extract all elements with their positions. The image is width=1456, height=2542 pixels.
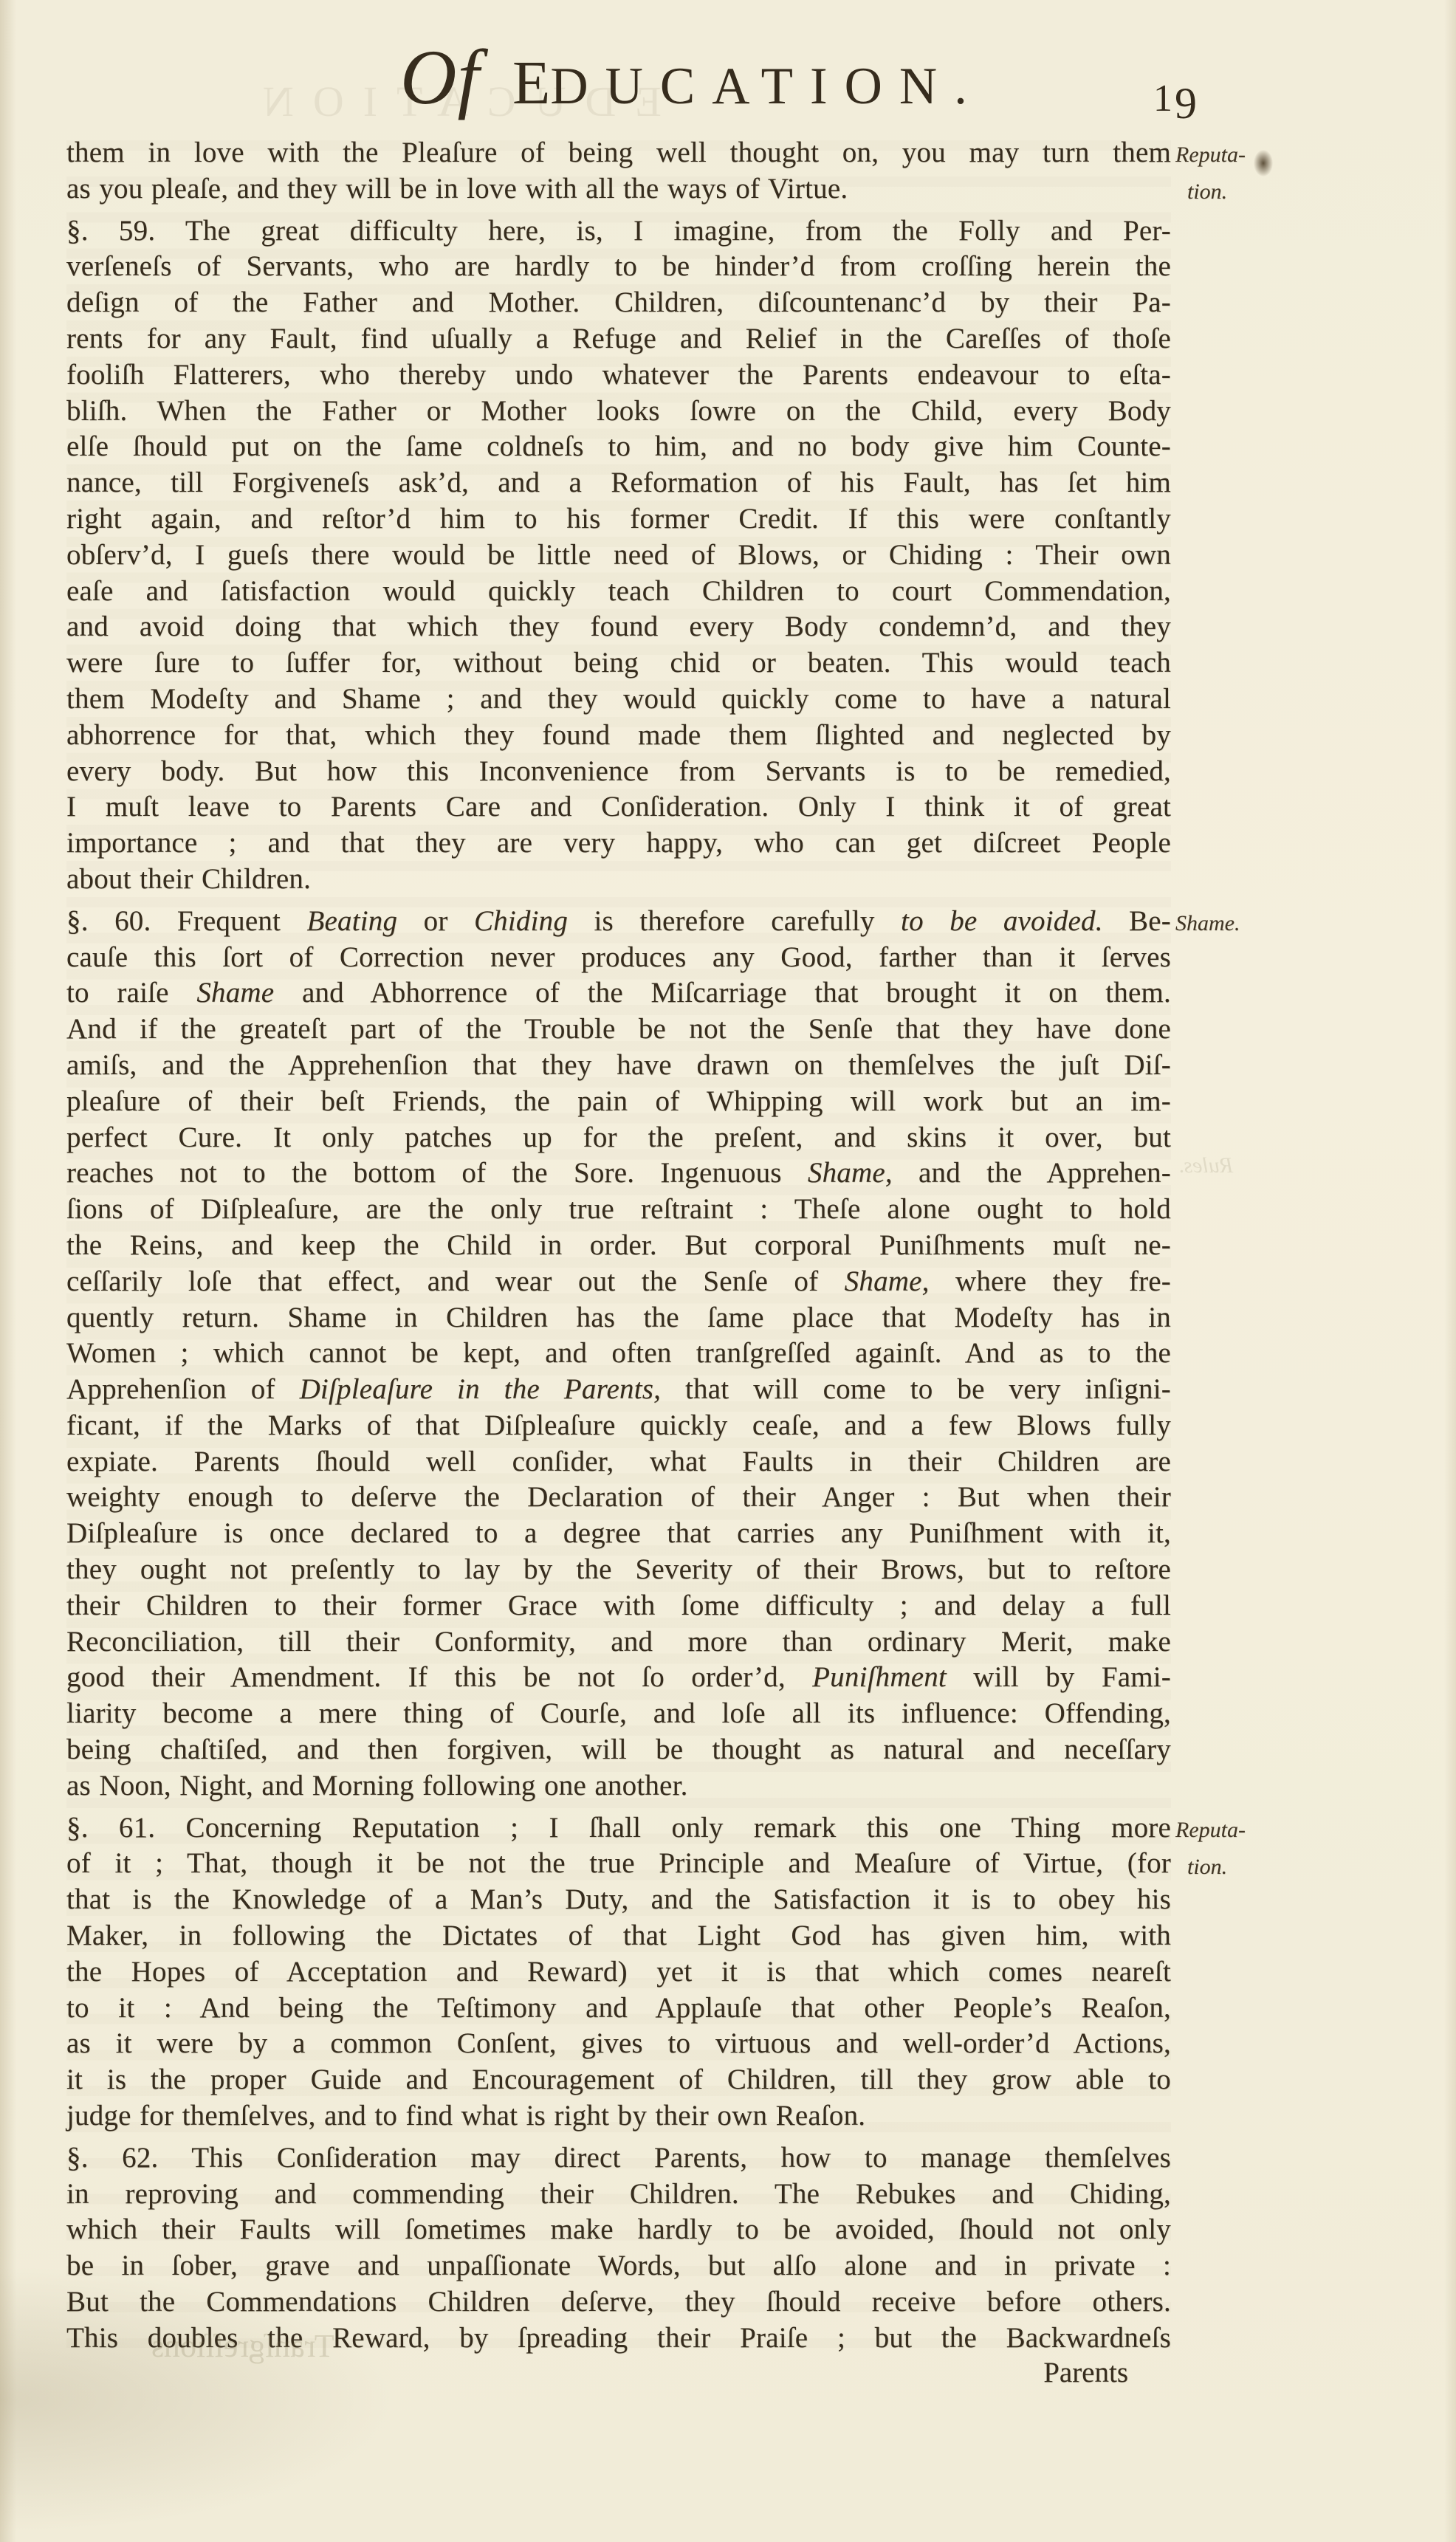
text-line: obſerv’d, I gueſs there would be little … <box>66 537 1171 574</box>
text-line: §. 59. The great difficulty here, is, I … <box>66 213 1171 250</box>
text-segment: ſions of Diſpleaſure, are the only true … <box>66 1193 1171 1225</box>
bleedthrough-margin-note: Rules. <box>1178 1153 1233 1178</box>
text-segment: eaſe and ſatisfaction would quickly teac… <box>66 575 1171 607</box>
text-line: This doubles the Reward, by ſpreading th… <box>66 2321 1171 2357</box>
text-line: were ſure to ſuffer for, without being c… <box>66 645 1171 681</box>
paragraph-section: §. 60. Frequent Beating or Chiding is th… <box>66 904 1171 1804</box>
text-segment: them Modeſty and Shame ; and they would … <box>66 683 1171 715</box>
text-line: which their Faults will ſometimes make h… <box>66 2212 1171 2248</box>
text-line: pleaſure of their beſt Friends, the pain… <box>66 1084 1171 1120</box>
text-segment: perfect Cure. It only patches up for the… <box>66 1121 1171 1153</box>
text-segment: Diſpleaſure is once declared to a degree… <box>66 1517 1171 1549</box>
margin-note-line: tion. <box>1175 174 1338 210</box>
text-line: abhorrence for that, which they found ma… <box>66 718 1171 754</box>
text-line: amiſs, and the Apprehenſion that they ha… <box>66 1048 1171 1084</box>
text-line: But the Commendations Children deſerve, … <box>66 2284 1171 2321</box>
text-line: as Noon, Night, and Morning following on… <box>66 1768 1171 1804</box>
text-segment: their Children to their former Grace wit… <box>66 1590 1171 1621</box>
text-line: to it : And being the Teſtimony and Appl… <box>66 1990 1171 2027</box>
text-segment: about their Children. <box>66 863 311 895</box>
text-line: quently return. Shame in Children has th… <box>66 1300 1171 1336</box>
text-line: rents for any Fault, find uſually a Refu… <box>66 321 1171 357</box>
text-line: perfect Cure. It only patches up for the… <box>66 1120 1171 1156</box>
text-line: reaches not to the bottom of the Sore. I… <box>66 1155 1171 1192</box>
text-line: ſions of Diſpleaſure, are the only true … <box>66 1192 1171 1228</box>
ink-blot <box>1254 150 1273 176</box>
text-line: about their Children. <box>66 862 1171 898</box>
text-line: and avoid doing that which they found ev… <box>66 609 1171 645</box>
italic-text: Beating <box>307 905 398 937</box>
italic-text: to be avoided. <box>901 905 1103 937</box>
text-line: being chaſtiſed, and then forgiven, will… <box>66 1732 1171 1768</box>
paragraph-section: §. 61. Concerning Reputation ; I ſhall o… <box>66 1810 1171 2134</box>
text-line: that is the Knowledge of a Man’s Duty, a… <box>66 1882 1171 1918</box>
text-segment: or <box>397 905 474 937</box>
text-segment: the Reins, and keep the Child in order. … <box>66 1229 1171 1261</box>
page-number-digit: 9 <box>1175 79 1197 128</box>
text-segment: fooliſh Flatterers, who thereby undo wha… <box>66 359 1171 391</box>
catchword: Parents <box>66 2355 1171 2391</box>
text-segment: and Abhorrence of the Miſcarriage that b… <box>274 977 1171 1009</box>
text-line: Women ; which cannot be kept, and often … <box>66 1336 1171 1372</box>
text-line: them Modeſty and Shame ; and they would … <box>66 681 1171 718</box>
text-line: importance ; and that they are very happ… <box>66 825 1171 862</box>
page-title-rest: DUCATION. <box>550 58 984 115</box>
text-segment: where they fre- <box>930 1265 1171 1297</box>
italic-text: Shame, <box>808 1157 893 1189</box>
text-segment: expiate. Parents ſhould well conſider, w… <box>66 1446 1171 1477</box>
text-line: ficant, if the Marks of that Diſpleaſure… <box>66 1408 1171 1444</box>
text-line: the Hopes of Acceptation and Reward) yet… <box>66 1954 1171 1990</box>
text-column: them in love with the Pleaſure of being … <box>66 135 1171 2357</box>
text-segment: is therefore carefully <box>568 905 901 937</box>
italic-text: Shame, <box>845 1265 930 1297</box>
text-segment: which their Faults will ſometimes make h… <box>66 2213 1171 2245</box>
text-line: verſeneſs of Servants, who are hardly to… <box>66 249 1171 285</box>
page-title: EDUCATION. <box>512 94 984 106</box>
text-segment: were ſure to ſuffer for, without being c… <box>66 647 1171 679</box>
text-segment: that is the Knowledge of a Man’s Duty, a… <box>66 1883 1171 1915</box>
text-segment: the Hopes of Acceptation and Reward) yet… <box>66 1956 1171 1988</box>
text-segment: they ought not preſently to lay by the S… <box>66 1553 1171 1585</box>
page-number: 19 <box>1153 71 1195 122</box>
text-segment: Be- <box>1103 905 1171 937</box>
text-segment: right again, and reſtor’d him to his for… <box>66 503 1171 535</box>
text-segment: ceſſarily loſe that effect, and wear out… <box>66 1265 845 1297</box>
text-segment: Reconciliation, till their Conformity, a… <box>66 1626 1171 1658</box>
text-line: cauſe this ſort of Correction never prod… <box>66 940 1171 976</box>
text-segment: obſerv’d, I gueſs there would be little … <box>66 539 1171 571</box>
text-line: in reproving and commending their Childr… <box>66 2177 1171 2213</box>
text-segment: deſign of the Father and Mother. Childre… <box>66 286 1171 318</box>
text-line: fooliſh Flatterers, who thereby undo wha… <box>66 357 1171 394</box>
text-segment: good their Amendment. If this be not ſo … <box>66 1661 812 1693</box>
margin-note: Reputa-tion. <box>1175 1812 1338 1886</box>
text-segment: §. 60. Frequent <box>66 905 307 937</box>
text-line: Diſpleaſure is once declared to a degree… <box>66 1516 1171 1552</box>
text-segment: weighty enough to deſerve the Declaratio… <box>66 1481 1171 1513</box>
text-line: they ought not preſently to lay by the S… <box>66 1552 1171 1588</box>
text-line: to raiſe Shame and Abhorrence of the Miſ… <box>66 975 1171 1011</box>
text-line: Maker, in following the Dictates of that… <box>66 1918 1171 1954</box>
text-line: the Reins, and keep the Child in order. … <box>66 1228 1171 1264</box>
text-line: right again, and reſtor’d him to his for… <box>66 501 1171 537</box>
text-segment: Women ; which cannot be kept, and often … <box>66 1337 1171 1369</box>
text-segment: Maker, in following the Dictates of that… <box>66 1920 1171 1951</box>
text-line: Reconciliation, till their Conformity, a… <box>66 1624 1171 1660</box>
text-line: bliſh. When the Father or Mother looks ſ… <box>66 394 1171 430</box>
text-segment: being chaſtiſed, and then forgiven, will… <box>66 1734 1171 1765</box>
running-header: OfEDUCATION. <box>400 38 984 117</box>
text-segment: as you pleaſe, and they will be in love … <box>66 173 848 205</box>
text-segment: §. 59. The great difficulty here, is, I … <box>66 215 1171 247</box>
page-title-initial: E <box>512 49 550 117</box>
margin-note-line: tion. <box>1175 1849 1338 1886</box>
text-segment: quently return. Shame in Children has th… <box>66 1302 1171 1333</box>
text-line: their Children to their former Grace wit… <box>66 1588 1171 1624</box>
text-segment: of it ; That, though it be not the true … <box>66 1847 1171 1879</box>
text-line: every body. But how this Inconvenience f… <box>66 754 1171 790</box>
text-line: weighty enough to deſerve the Declaratio… <box>66 1480 1171 1516</box>
paragraph: them in love with the Pleaſure of being … <box>66 135 1171 207</box>
text-segment: as it were by a common Conſent, gives to… <box>66 2027 1171 2059</box>
text-line: as you pleaſe, and they will be in love … <box>66 171 1171 207</box>
text-line: elſe ſhould put on the ſame coldneſs to … <box>66 429 1171 465</box>
text-segment: This doubles the Reward, by ſpreading th… <box>66 2322 1171 2354</box>
text-segment: amiſs, and the Apprehenſion that they ha… <box>66 1049 1171 1081</box>
paragraph-section: §. 62. This Conſideration may direct Par… <box>66 2140 1171 2357</box>
text-segment: importance ; and that they are very happ… <box>66 827 1171 859</box>
text-segment: nance, till Forgiveneſs ask’d, and a Ref… <box>66 467 1171 498</box>
page-number-digit: 1 <box>1153 78 1172 120</box>
margin-note: Shame. <box>1175 905 1338 942</box>
book-page: EDUCATION OfEDUCATION. 19 them in love w… <box>0 0 1456 2542</box>
text-line: of it ; That, though it be not the true … <box>66 1846 1171 1882</box>
text-segment: ficant, if the Marks of that Diſpleaſure… <box>66 1409 1171 1441</box>
text-segment: to it : And being the Teſtimony and Appl… <box>66 1992 1171 2024</box>
text-segment: bliſh. When the Father or Mother looks ſ… <box>66 395 1171 427</box>
text-segment: will by Fami- <box>947 1661 1171 1693</box>
italic-text: Shame <box>196 977 274 1009</box>
text-segment: cauſe this ſort of Correction never prod… <box>66 941 1171 973</box>
text-line: expiate. Parents ſhould well conſider, w… <box>66 1444 1171 1480</box>
text-segment: And if the greateſt part of the Trouble … <box>66 1013 1171 1045</box>
text-segment: as Noon, Night, and Morning following on… <box>66 1770 688 1801</box>
text-segment: But the Commendations Children deſerve, … <box>66 2286 1171 2318</box>
text-line: be in ſober, grave and unpaſſionate Word… <box>66 2248 1171 2284</box>
text-segment: it is the proper Guide and Encouragement… <box>66 2064 1171 2095</box>
text-segment: Apprehenſion of <box>66 1373 300 1405</box>
text-segment: verſeneſs of Servants, who are hardly to… <box>66 250 1171 282</box>
italic-text: Diſpleaſure in the Parents, <box>300 1373 662 1405</box>
text-segment: §. 61. Concerning Reputation ; I ſhall o… <box>66 1812 1171 1844</box>
text-segment: and the Apprehen- <box>893 1157 1171 1189</box>
italic-text: Puniſhment <box>812 1661 947 1693</box>
text-line: good their Amendment. If this be not ſo … <box>66 1660 1171 1696</box>
paragraph-section: §. 59. The great difficulty here, is, I … <box>66 213 1171 898</box>
italic-text: Chiding <box>474 905 568 937</box>
text-line: it is the proper Guide and Encouragement… <box>66 2062 1171 2098</box>
text-segment: rents for any Fault, find uſually a Refu… <box>66 323 1171 354</box>
text-line: And if the greateſt part of the Trouble … <box>66 1011 1171 1048</box>
text-line: judge for themſelves, and to find what i… <box>66 2098 1171 2134</box>
margin-note-line: Shame. <box>1175 905 1338 942</box>
text-segment: §. 62. This Conſideration may direct Par… <box>66 2142 1171 2174</box>
text-line: §. 61. Concerning Reputation ; I ſhall o… <box>66 1810 1171 1847</box>
text-line: deſign of the Father and Mother. Childre… <box>66 285 1171 321</box>
text-segment: in reproving and commending their Childr… <box>66 2178 1171 2210</box>
margin-note-line: Reputa- <box>1175 1812 1338 1849</box>
text-segment: pleaſure of their beſt Friends, the pain… <box>66 1085 1171 1117</box>
text-line: nance, till Forgiveneſs ask’d, and a Ref… <box>66 465 1171 501</box>
text-line: I muſt leave to Parents Care and Conſide… <box>66 789 1171 825</box>
text-line: ceſſarily loſe that effect, and wear out… <box>66 1264 1171 1300</box>
text-line: liarity become a mere thing of Courſe, a… <box>66 1696 1171 1732</box>
text-line: §. 60. Frequent Beating or Chiding is th… <box>66 904 1171 940</box>
text-segment: judge for themſelves, and to find what i… <box>66 2100 865 2131</box>
text-segment: and avoid doing that which they found ev… <box>66 611 1171 642</box>
text-segment: every body. But how this Inconvenience f… <box>66 755 1171 787</box>
text-segment: reaches not to the bottom of the Sore. I… <box>66 1157 808 1189</box>
text-segment: abhorrence for that, which they found ma… <box>66 719 1171 751</box>
header-of: Of <box>400 34 480 120</box>
text-line: eaſe and ſatisfaction would quickly teac… <box>66 574 1171 610</box>
text-segment: to raiſe <box>66 977 196 1009</box>
text-segment: them in love with the Pleaſure of being … <box>66 137 1171 168</box>
text-line: as it were by a common Conſent, gives to… <box>66 2026 1171 2062</box>
text-line: them in love with the Pleaſure of being … <box>66 135 1171 171</box>
text-segment: I muſt leave to Parents Care and Conſide… <box>66 791 1171 822</box>
text-line: §. 62. This Conſideration may direct Par… <box>66 2140 1171 2177</box>
text-segment: that will come to be very inſigni- <box>661 1373 1171 1405</box>
text-segment: be in ſober, grave and unpaſſionate Word… <box>66 2250 1171 2281</box>
text-segment: liarity become a mere thing of Courſe, a… <box>66 1697 1171 1729</box>
text-segment: elſe ſhould put on the ſame coldneſs to … <box>66 430 1171 462</box>
text-line: Apprehenſion of Diſpleaſure in the Paren… <box>66 1372 1171 1408</box>
